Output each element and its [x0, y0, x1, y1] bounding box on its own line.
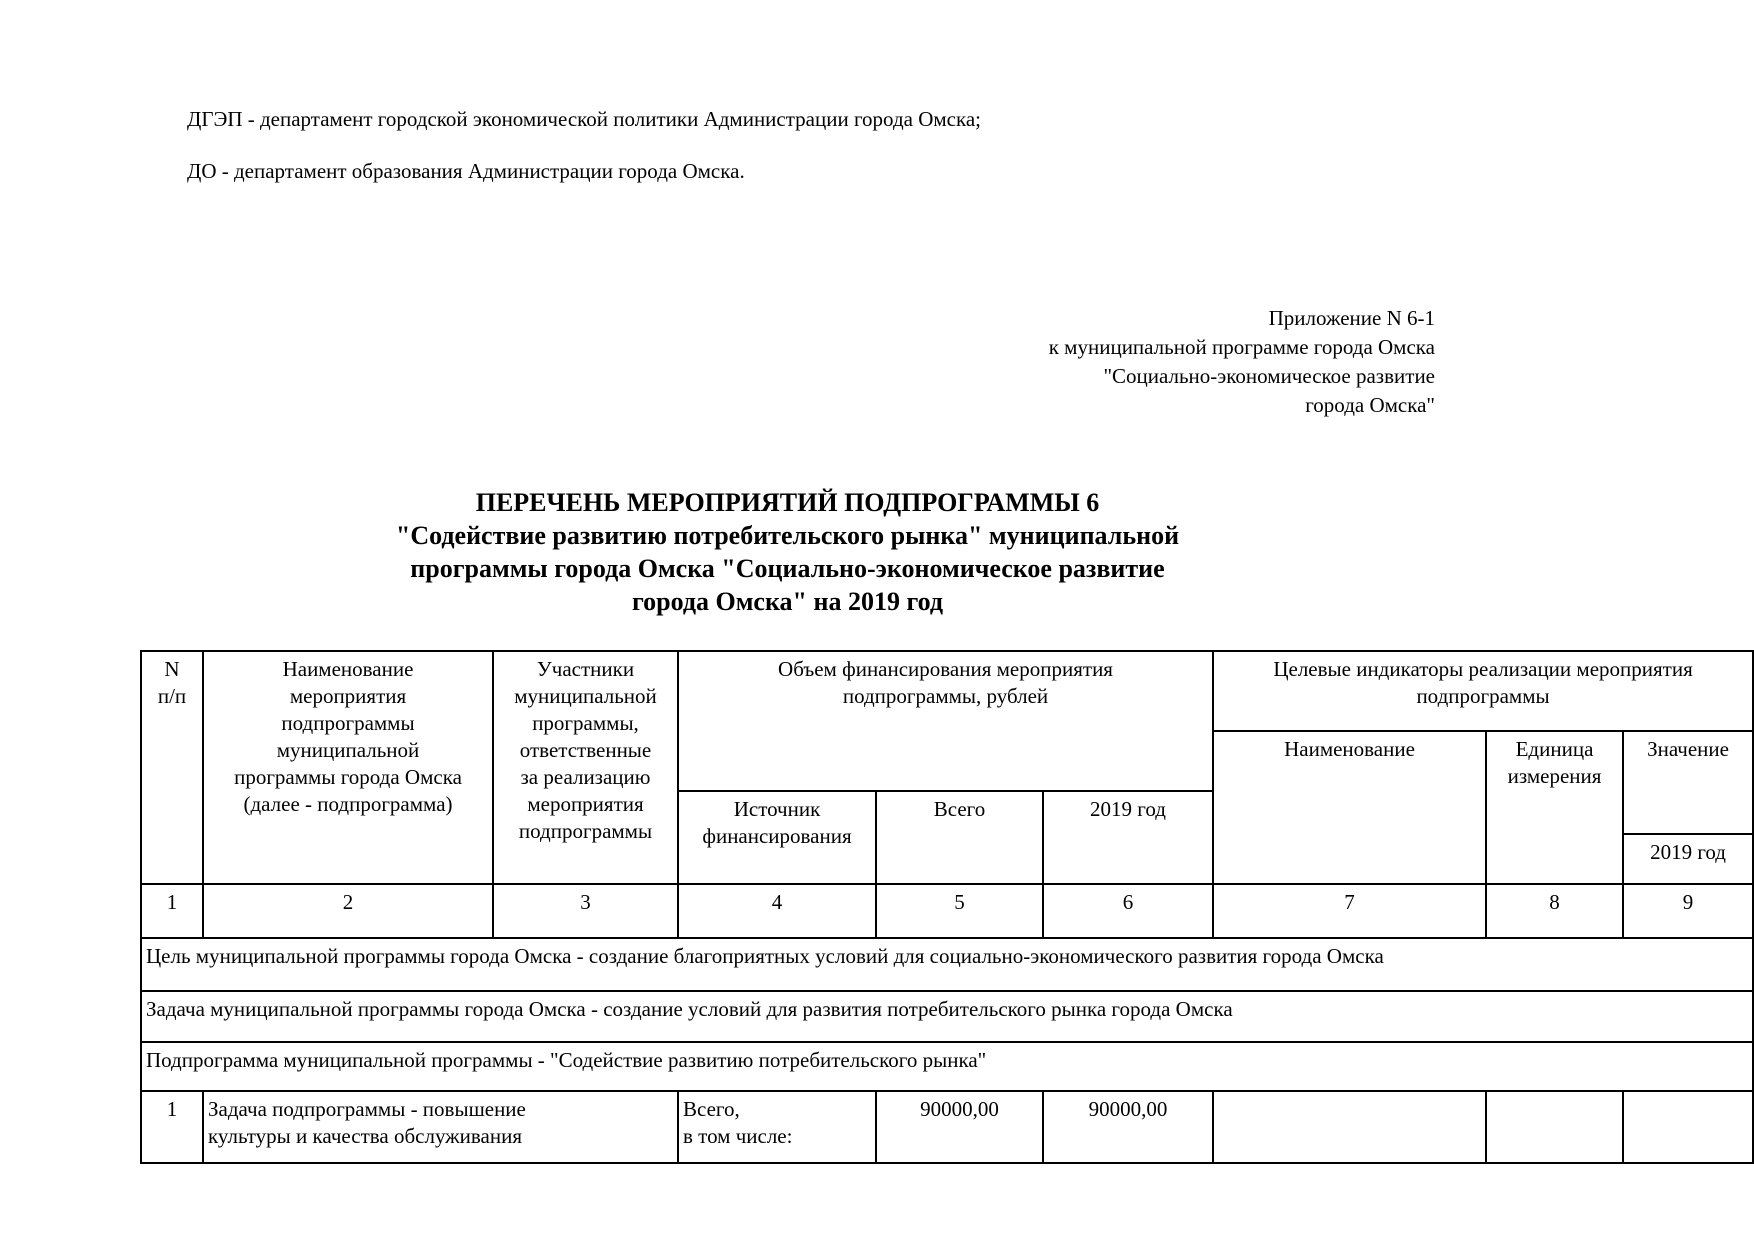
title-line: города Омска" на 2019 год: [140, 585, 1435, 618]
task-row: Задача муниципальной программы города Ом…: [141, 991, 1753, 1042]
column-number-cell: 8: [1486, 884, 1623, 938]
column-number-cell: 7: [1213, 884, 1486, 938]
header-cell-indicator-name: Наименование: [1213, 731, 1486, 884]
definition-do: ДО - департамент образования Администрац…: [187, 158, 745, 184]
document-title: ПЕРЕЧЕНЬ МЕРОПРИЯТИЙ ПОДПРОГРАММЫ 6 "Сод…: [140, 486, 1435, 618]
row1-indicator-name-cell: [1213, 1091, 1486, 1163]
subprogram-row: Подпрограмма муниципальной программы - "…: [141, 1042, 1753, 1091]
header-group-financing: Объем финансирования мероприятия подпрог…: [678, 651, 1213, 791]
column-numbers-row: 1 2 3 4 5 6 7 8 9: [141, 884, 1753, 938]
header-cell-unit: Единица измерения: [1486, 731, 1623, 884]
column-number-cell: 3: [493, 884, 678, 938]
header-cell-year: 2019 год: [1043, 791, 1213, 884]
column-number-cell: 9: [1623, 884, 1753, 938]
header-cell-participants: Участники муниципальной программы, ответ…: [493, 651, 678, 884]
goal-row-cell: Цель муниципальной программы города Омск…: [141, 938, 1753, 991]
title-line: программы города Омска "Социально-эконом…: [140, 552, 1435, 585]
header-cell-num: N п/п: [141, 651, 203, 884]
row1-source-cell: Всего, в том числе:: [678, 1091, 876, 1163]
appendix-reference: Приложение N 6-1 к муниципальной програм…: [1049, 304, 1435, 420]
definition-dgep: ДГЭП - департамент городской экономическ…: [187, 106, 981, 132]
header-row-1: N п/п Наименование мероприятия подпрогра…: [141, 651, 1753, 731]
row1-task-name-cell: Задача подпрограммы - повышение культуры…: [203, 1091, 678, 1163]
document-page: ДГЭП - департамент городской экономическ…: [0, 0, 1754, 1240]
subprogram-row-cell: Подпрограмма муниципальной программы - "…: [141, 1042, 1753, 1091]
appendix-line: города Омска": [1049, 391, 1435, 420]
header-cell-source: Источник финансирования: [678, 791, 876, 884]
data-row-1: 1 Задача подпрограммы - повышение культу…: [141, 1091, 1753, 1163]
header-cell-total: Всего: [876, 791, 1043, 884]
title-line: "Содействие развитию потребительского ры…: [140, 519, 1435, 552]
events-table: N п/п Наименование мероприятия подпрогра…: [140, 650, 1754, 1164]
header-cell-value-year: 2019 год: [1623, 834, 1753, 884]
header-group-indicators: Целевые индикаторы реализации мероприяти…: [1213, 651, 1753, 731]
header-cell-value: Значение: [1623, 731, 1753, 834]
row1-year-cell: 90000,00: [1043, 1091, 1213, 1163]
task-row-cell: Задача муниципальной программы города Ом…: [141, 991, 1753, 1042]
appendix-line: "Социально-экономическое развитие: [1049, 362, 1435, 391]
appendix-line: к муниципальной программе города Омска: [1049, 333, 1435, 362]
title-line: ПЕРЕЧЕНЬ МЕРОПРИЯТИЙ ПОДПРОГРАММЫ 6: [140, 486, 1435, 519]
row1-total-cell: 90000,00: [876, 1091, 1043, 1163]
column-number-cell: 1: [141, 884, 203, 938]
row1-value-cell: [1623, 1091, 1753, 1163]
column-number-cell: 4: [678, 884, 876, 938]
appendix-line: Приложение N 6-1: [1049, 304, 1435, 333]
goal-row: Цель муниципальной программы города Омск…: [141, 938, 1753, 991]
column-number-cell: 5: [876, 884, 1043, 938]
row1-num-cell: 1: [141, 1091, 203, 1163]
header-cell-event-name: Наименование мероприятия подпрограммы му…: [203, 651, 493, 884]
row1-unit-cell: [1486, 1091, 1623, 1163]
column-number-cell: 2: [203, 884, 493, 938]
column-number-cell: 6: [1043, 884, 1213, 938]
